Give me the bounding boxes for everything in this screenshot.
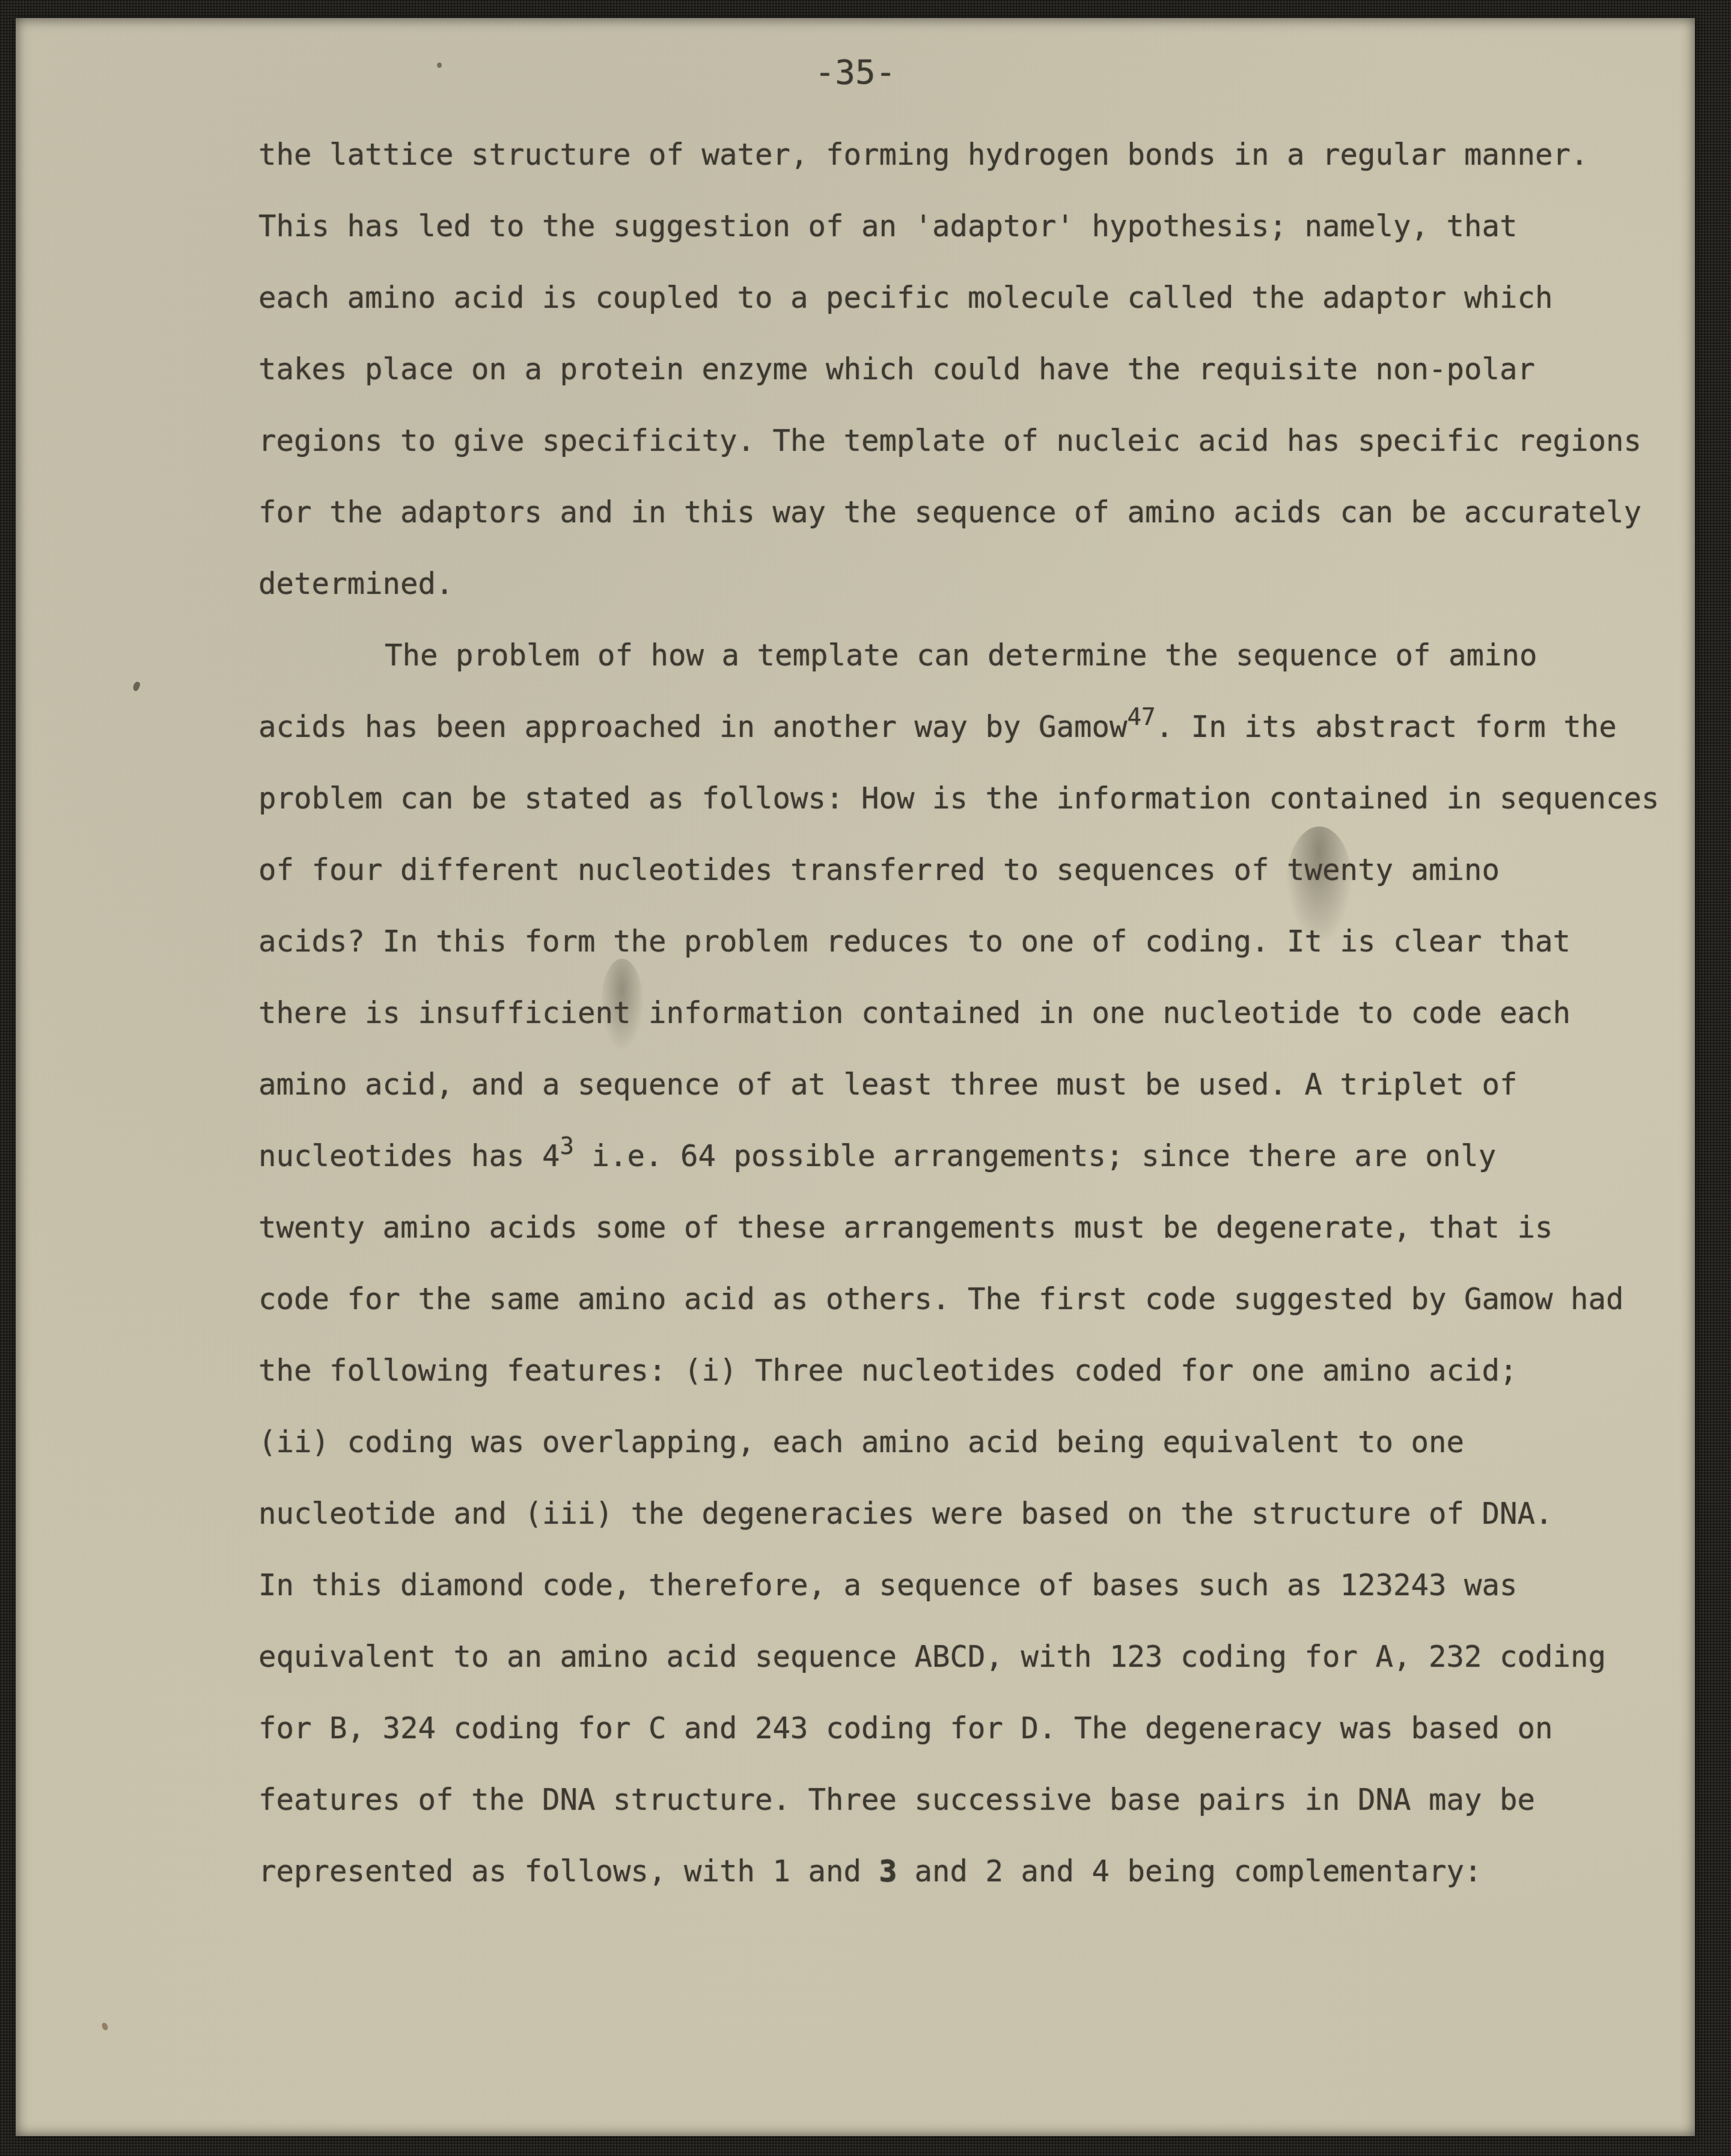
text-line: code for the same amino acid as others. … [258, 1263, 1701, 1335]
text-line: of four different nucleotides transferre… [258, 834, 1701, 906]
text-line: nucleotide and (iii) the degeneracies we… [258, 1478, 1701, 1550]
text-line: the following features: (i) Three nucleo… [258, 1335, 1701, 1406]
text-line: This has led to the suggestion of an 'ad… [258, 191, 1701, 262]
text-line: represented as follows, with 1 and 3 and… [258, 1836, 1701, 1907]
ink-speck [132, 681, 141, 692]
paper-sheet: -35- the lattice structure of water, for… [16, 18, 1695, 2136]
text-line: nucleotides has 43 i.e. 64 possible arra… [258, 1120, 1701, 1192]
text-line: the lattice structure of water, forming … [258, 119, 1701, 191]
text-line: problem can be stated as follows: How is… [258, 763, 1701, 834]
scanned-document-page: -35- the lattice structure of water, for… [0, 0, 1731, 2156]
text-line: In this diamond code, therefore, a seque… [258, 1550, 1701, 1621]
text-line: each amino acid is coupled to a pecific … [258, 262, 1701, 334]
text-line: twenty amino acids some of these arrange… [258, 1192, 1701, 1263]
text-line: takes place on a protein enzyme which co… [258, 334, 1701, 405]
text-line: The problem of how a template can determ… [258, 620, 1701, 691]
text-line: equivalent to an amino acid sequence ABC… [258, 1621, 1701, 1693]
page-number: -35- [16, 53, 1695, 92]
text-line: there is insufficient information contai… [258, 977, 1701, 1049]
text-line: amino acid, and a sequence of at least t… [258, 1049, 1701, 1120]
text-line: (ii) coding was overlapping, each amino … [258, 1406, 1701, 1478]
text-line: determined. [258, 548, 1701, 620]
text-line: for B, 324 coding for C and 243 coding f… [258, 1693, 1701, 1764]
text-line: acids has been approached in another way… [258, 691, 1701, 763]
body-text: the lattice structure of water, forming … [258, 119, 1701, 1907]
text-line: features of the DNA structure. Three suc… [258, 1764, 1701, 1836]
text-line: acids? In this form the problem reduces … [258, 906, 1701, 977]
paper-speck [101, 2022, 109, 2032]
text-line: regions to give specificity. The templat… [258, 405, 1701, 477]
text-line: for the adaptors and in this way the seq… [258, 477, 1701, 548]
